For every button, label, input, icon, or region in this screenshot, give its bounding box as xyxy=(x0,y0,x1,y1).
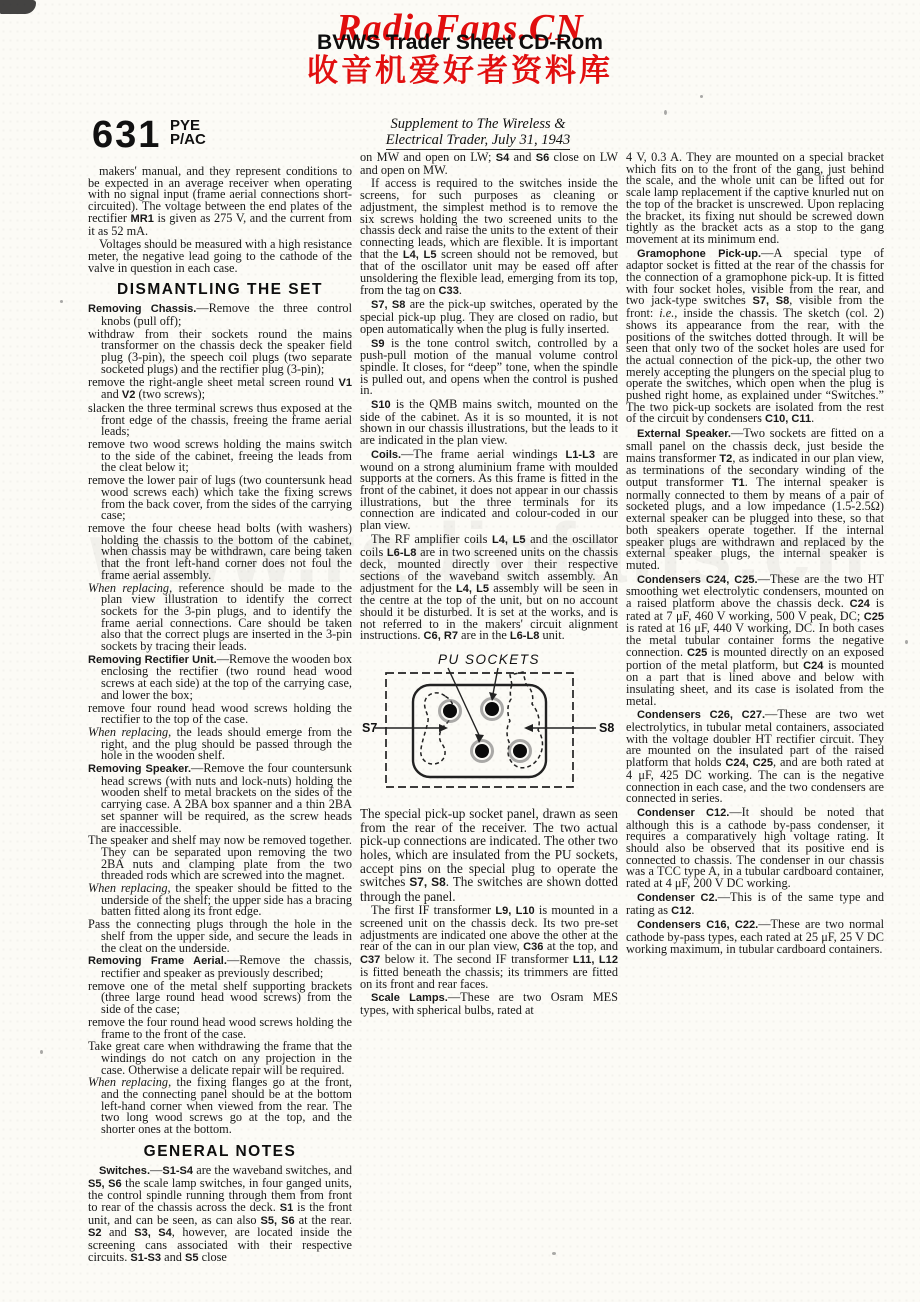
paragraph: The RF amplifier coils L4, L5 and the os… xyxy=(360,534,618,643)
paragraph: Voltages should be measured with a high … xyxy=(88,239,352,274)
scan-speck xyxy=(40,1050,43,1054)
paragraph: S7, S8 are the pick-up switches, operate… xyxy=(360,299,618,335)
paragraph: S9 is the tone control switch, controlle… xyxy=(360,338,618,398)
paragraph: External Speaker.—Two sockets are fitted… xyxy=(626,428,884,571)
paragraph: When replacing, the speaker should be fi… xyxy=(88,883,352,918)
figure-caption: The special pick-up socket panel, drawn … xyxy=(360,807,618,903)
section-heading: DISMANTLING THE SET xyxy=(88,281,352,299)
paragraph: 4 V, 0.3 A. They are mounted on a specia… xyxy=(626,152,884,246)
socket-top-left xyxy=(440,701,461,722)
paragraph: Gramophone Pick-up.—A special type of ad… xyxy=(626,248,884,427)
paragraph: The first IF transformer L9, L10 is moun… xyxy=(360,905,618,990)
model-number: P/AC xyxy=(170,133,206,147)
socket-bottom-right xyxy=(510,741,531,762)
paragraph: remove two wood screws holding the mains… xyxy=(88,439,352,474)
scan-speck xyxy=(664,110,667,115)
scanned-service-sheet-page: RadioFans.CN BVWS Trader Sheet CD-Rom 收音… xyxy=(0,0,920,1302)
supplement-line-2: Electrical Trader, July 31, 1943 xyxy=(386,133,570,151)
paragraph: When replacing, the fixing flanges go at… xyxy=(88,1077,352,1136)
paragraph: Pass the connecting plugs through the ho… xyxy=(88,919,352,954)
pu-sockets-figure: PU SOCKETS xyxy=(360,651,618,799)
paragraph: If access is required to the switches in… xyxy=(360,178,618,297)
paragraph: remove the lower pair of lugs (two count… xyxy=(88,475,352,522)
supplement-note: Supplement to The Wireless & Electrical … xyxy=(368,117,588,150)
scan-speck xyxy=(552,1252,556,1255)
column-middle-bottom-section: The first IF transformer L9, L10 is moun… xyxy=(360,905,618,1016)
section-heading: GENERAL NOTES xyxy=(88,1143,352,1161)
paragraph: Condensers C26, C27.—These are two wet e… xyxy=(626,709,884,805)
paragraph: Removing Frame Aerial.—Remove the chassi… xyxy=(88,955,352,979)
scan-speck xyxy=(905,640,908,644)
paragraph: When replacing, the leads should emerge … xyxy=(88,727,352,762)
paragraph: remove the four cheese head bolts (with … xyxy=(88,523,352,582)
paragraph: Condenser C12.—It should be noted that a… xyxy=(626,807,884,890)
figure-label-s8: S8 xyxy=(599,721,614,735)
scan-speck xyxy=(860,480,863,483)
paragraph: When replacing, reference should be made… xyxy=(88,583,352,653)
paragraph: slacken the three terminal screws thus e… xyxy=(88,403,352,438)
figure-title: PU SOCKETS xyxy=(438,652,540,667)
paragraph: Removing Speaker.—Remove the four counte… xyxy=(88,763,352,834)
paragraph: Removing Chassis.—Remove the three contr… xyxy=(88,303,352,327)
paragraph: Removing Rectifier Unit.—Remove the wood… xyxy=(88,654,352,702)
socket-bottom-left xyxy=(472,741,493,762)
paragraph: Condensers C16, C22.—These are two norma… xyxy=(626,919,884,955)
paragraph: Take great care when withdrawing the fra… xyxy=(88,1041,352,1076)
watermark-chinese-text: 收音机爱好者资料库 xyxy=(0,45,920,90)
paragraph: Switches.—S1-S4 are the waveband switche… xyxy=(88,1165,352,1265)
paragraph: remove one of the metal shelf supporting… xyxy=(88,981,352,1016)
socket-top-right xyxy=(482,699,503,720)
paragraph: Scale Lamps.—These are two Osram MES typ… xyxy=(360,992,618,1016)
column-middle-top-section: on MW and open on LW; S4 and S6 close on… xyxy=(360,152,618,643)
s8-pointer-arrow xyxy=(524,724,596,732)
paragraph: Coils.—The frame aerial windings L1-L3 a… xyxy=(360,449,618,532)
paragraph: The speaker and shelf may now be removed… xyxy=(88,835,352,882)
paragraph: S10 is the QMB mains switch, mounted on … xyxy=(360,399,618,447)
socket-plate xyxy=(413,685,546,777)
supplement-line-1: Supplement to The Wireless & xyxy=(368,117,588,133)
paragraph: The special pick-up socket panel, drawn … xyxy=(360,807,618,903)
column-middle: on MW and open on LW; S4 and S6 close on… xyxy=(360,152,618,1019)
article-columns: makers' manual, and they represent condi… xyxy=(88,152,884,1266)
page-number: 631 xyxy=(92,114,161,157)
paragraph: on MW and open on LW; S4 and S6 close on… xyxy=(360,152,618,176)
paragraph: remove the four round head wood screws h… xyxy=(88,1017,352,1040)
brand-model-block: PYE P/AC xyxy=(170,119,206,147)
paragraph: withdraw from their sockets round the ma… xyxy=(88,329,352,376)
paragraph: remove the right-angle sheet metal scree… xyxy=(88,377,352,402)
paragraph: makers' manual, and they represent condi… xyxy=(88,166,352,237)
scan-speck xyxy=(300,1190,303,1193)
scan-speck xyxy=(700,95,703,98)
scan-speck xyxy=(60,300,63,303)
column-right: 4 V, 0.3 A. They are mounted on a specia… xyxy=(626,152,884,957)
column-left: makers' manual, and they represent condi… xyxy=(88,152,352,1266)
paragraph: remove four round head wood screws holdi… xyxy=(88,703,352,726)
paragraph: Condensers C24, C25.—These are the two H… xyxy=(626,574,884,708)
paragraph: Condenser C2.—This is of the same type a… xyxy=(626,892,884,917)
